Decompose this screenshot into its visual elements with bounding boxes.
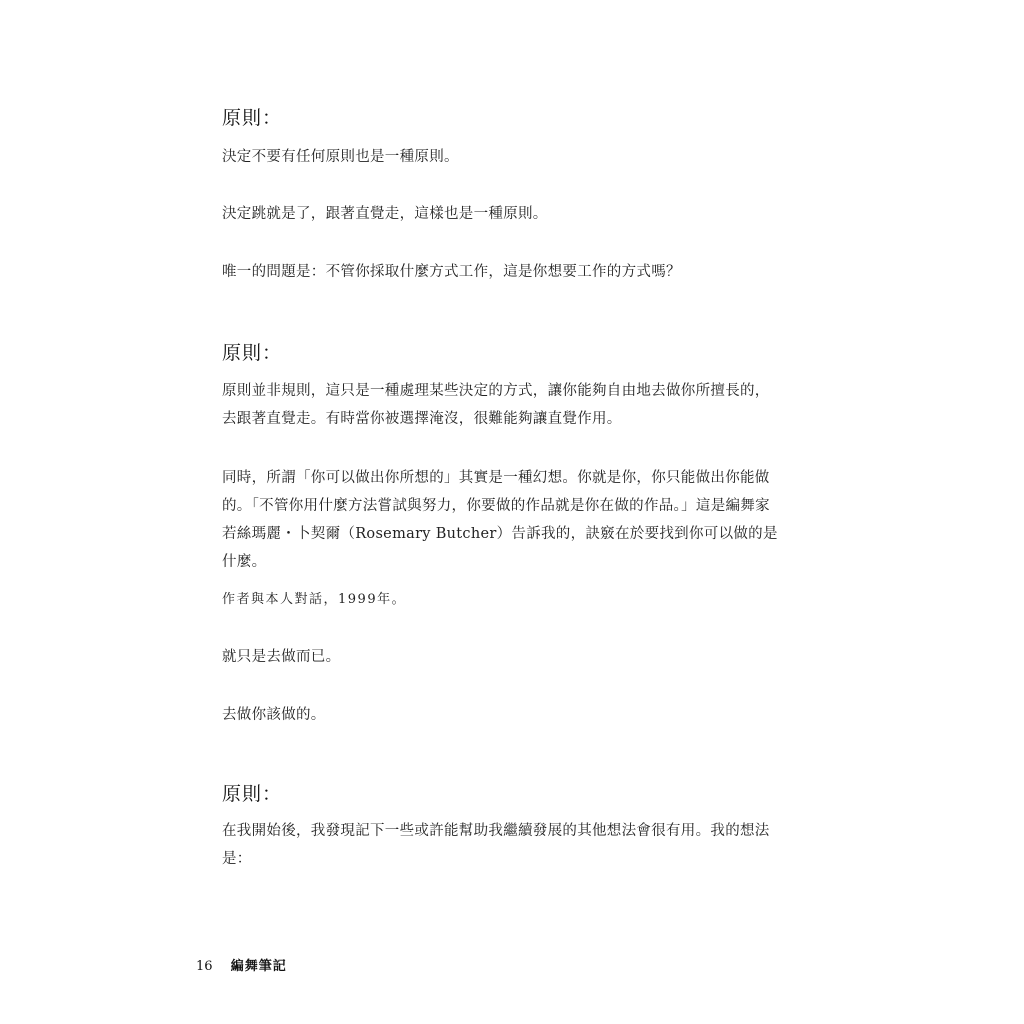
paragraph: 決定跳就是了，跟著直覺走，這樣也是一種原則。 [222,200,782,228]
page-footer: 16 編舞筆記 [196,955,287,974]
paragraph: 去做你該做的。 [222,701,782,729]
section-heading: 原則： [222,106,782,130]
running-title: 編舞筆記 [231,959,287,974]
book-page: 原則： 決定不要有任何原則也是一種原則。 決定跳就是了，跟著直覺走，這樣也是一種… [0,0,1024,1024]
paragraph: 同時，所謂「你可以做出你所想的」其實是一種幻想。你就是你，你只能做出你能做的。「… [222,464,782,576]
citation-note: 作者與本人對話，1999年。 [222,590,782,610]
page-number: 16 [196,959,213,974]
section-heading: 原則： [222,341,782,365]
paragraph: 決定不要有任何原則也是一種原則。 [222,143,782,171]
paragraph: 唯一的問題是：不管你採取什麼方式工作，這是你想要工作的方式嗎？ [222,258,782,286]
section-heading: 原則： [222,782,782,806]
paragraph: 在我開始後，我發現記下一些或許能幫助我繼續發展的其他想法會很有用。我的想法是： [222,817,782,873]
paragraph: 原則並非規則，這只是一種處理某些決定的方式，讓你能夠自由地去做你所擅長的，去跟著… [222,377,782,433]
paragraph: 就只是去做而已。 [222,643,782,671]
